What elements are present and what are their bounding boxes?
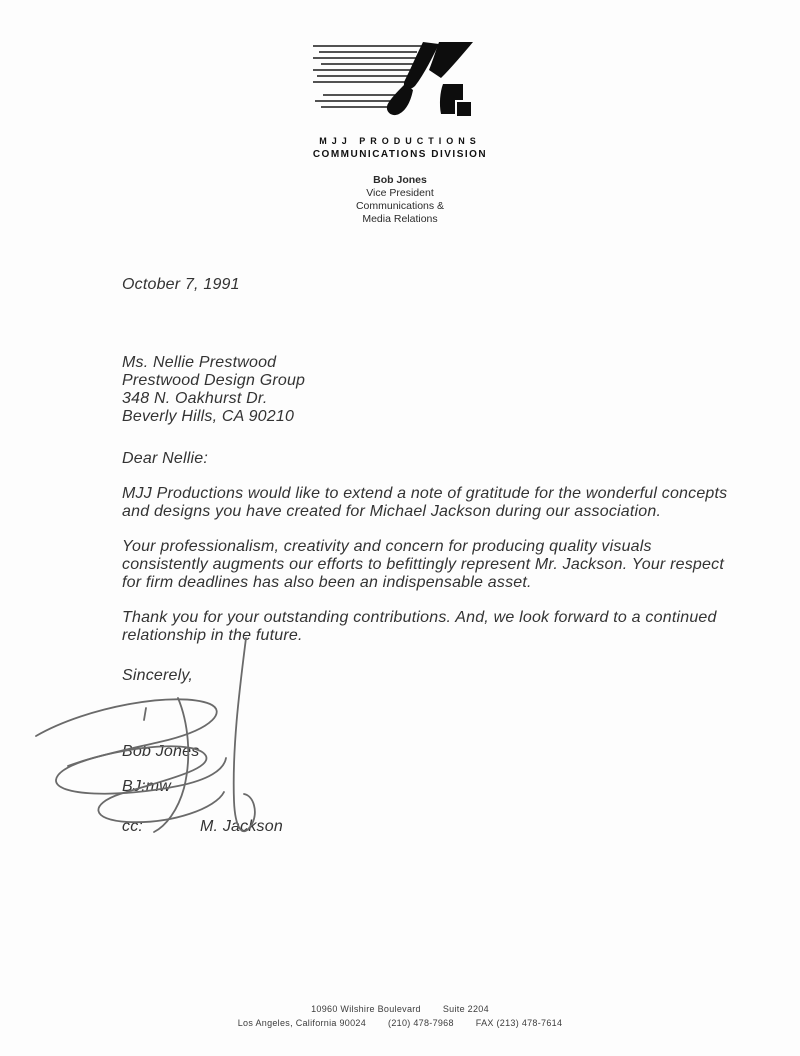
dancing-feet-logo-icon xyxy=(305,40,495,132)
cc-line: cc:M. Jackson xyxy=(122,818,730,836)
officer-dept-line1: Communications & xyxy=(0,200,800,213)
recipient-line: Prestwood Design Group xyxy=(122,372,730,390)
company-name: MJJ PRODUCTIONS xyxy=(0,136,800,146)
footer-street: 10960 Wilshire Boulevard xyxy=(311,1004,421,1014)
cc-name: M. Jackson xyxy=(200,818,283,835)
recipient-line: 348 N. Oakhurst Dr. xyxy=(122,390,730,408)
recipient-address: Ms. Nellie Prestwood Prestwood Design Gr… xyxy=(122,354,730,426)
footer-fax: FAX (213) 478-7614 xyxy=(476,1018,562,1028)
footer-phone: (210) 478-7968 xyxy=(388,1018,454,1028)
scanned-letter-page: MJJ PRODUCTIONS COMMUNICATIONS DIVISION … xyxy=(0,0,800,1056)
cc-label: cc: xyxy=(122,818,200,836)
officer-title: Vice President xyxy=(0,187,800,200)
letterhead: MJJ PRODUCTIONS COMMUNICATIONS DIVISION … xyxy=(0,40,800,226)
division-name: COMMUNICATIONS DIVISION xyxy=(0,149,800,160)
signer-name: Bob Jones xyxy=(122,743,730,761)
paragraph-2: Your professionalism, creativity and con… xyxy=(122,538,730,592)
recipient-line: Beverly Hills, CA 90210 xyxy=(122,408,730,426)
footer-line1: 10960 Wilshire BoulevardSuite 2204 xyxy=(0,1002,800,1016)
letter-body: October 7, 1991 Ms. Nellie Prestwood Pre… xyxy=(122,276,730,836)
footer-address: 10960 Wilshire BoulevardSuite 2204 Los A… xyxy=(0,1002,800,1030)
reference-initials: BJ:mw xyxy=(122,778,730,796)
paragraph-1: MJJ Productions would like to extend a n… xyxy=(122,485,730,521)
letter-date: October 7, 1991 xyxy=(122,276,730,294)
salutation: Dear Nellie: xyxy=(122,450,730,468)
footer-line2: Los Angeles, California 90024(210) 478-7… xyxy=(0,1016,800,1030)
paragraph-3: Thank you for your outstanding contribut… xyxy=(122,609,730,645)
closing: Sincerely, xyxy=(122,667,730,685)
recipient-line: Ms. Nellie Prestwood xyxy=(122,354,730,372)
officer-name: Bob Jones xyxy=(0,174,800,187)
footer-city: Los Angeles, California 90024 xyxy=(238,1018,366,1028)
officer-block: Bob Jones Vice President Communications … xyxy=(0,174,800,226)
footer-suite: Suite 2204 xyxy=(443,1004,489,1014)
officer-dept-line2: Media Relations xyxy=(0,213,800,226)
